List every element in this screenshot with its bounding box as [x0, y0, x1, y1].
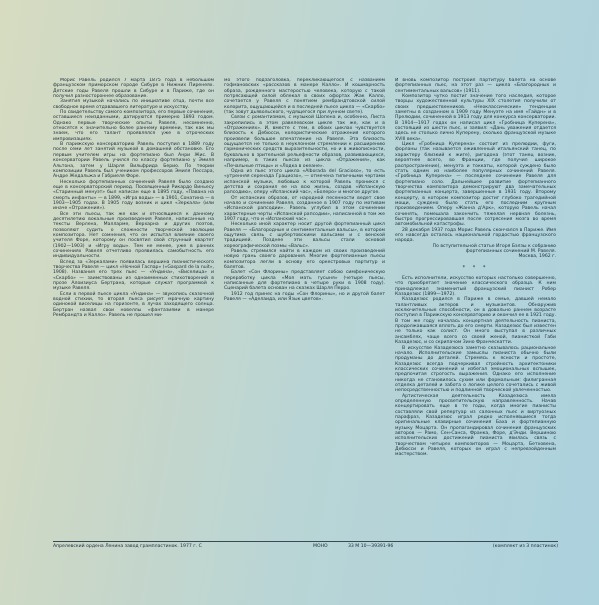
paragraph: От испанских образов, от народной песенн…: [224, 196, 385, 223]
source-note: По вступительной статье Игоря Бэлзы к со…: [395, 244, 556, 260]
paragraph: Артистическая деятельность Казадезюса им…: [395, 394, 556, 458]
paragraph: Казадезюс родился в Париже в семье, давш…: [395, 297, 556, 345]
liner-notes-sheet: Морис Равель родился 7 марта 1875 года в…: [53, 78, 558, 458]
paragraph: И вновь композитор построил партитуру ба…: [395, 78, 556, 94]
paragraph: Москва, 1962 г.: [395, 254, 556, 259]
paragraph: Есть исполнители, искусство которых наст…: [395, 276, 556, 297]
format-label: МОНО: [313, 544, 348, 549]
paragraph: По свидетельству самого композитора, его…: [53, 110, 214, 142]
paragraph: Равель стремился найти в каждом из своих…: [224, 249, 385, 270]
paragraph: Морис Равель родился 7 марта 1875 года в…: [53, 78, 214, 99]
text-columns: Морис Равель родился 7 марта 1875 года в…: [53, 78, 558, 458]
paragraph: Одна из пьес этого цикла «Alborada del G…: [224, 169, 385, 196]
paragraph: В искусстве Казадезюса заметно сказывало…: [395, 346, 556, 394]
column-3: И вновь композитор построил партитуру ба…: [395, 78, 556, 458]
paragraph: Несколько фортепианных сочинений Равеля …: [53, 180, 214, 212]
catalog-number: 33 М 10—39391-96: [348, 544, 458, 549]
paragraph: Занятия музыкой начались по инициативе о…: [53, 99, 214, 110]
publisher-line: Апрелевский ордена Ленина завод грамплас…: [53, 544, 313, 549]
paragraph: Цикл «Гробница Куперена» состоит из прел…: [395, 142, 556, 228]
column-1: Морис Равель родился 7 марта 1875 года в…: [53, 78, 214, 318]
footer: Апрелевский ордена Ленина завод грамплас…: [53, 544, 558, 549]
paragraph: 28 декабря 1937 года Морис Равель сконча…: [395, 228, 556, 244]
paragraph: Все эти пьесы, так же как и относящиеся …: [53, 212, 214, 260]
paragraph: Вслед за «Зеркалами» появилась вершина п…: [53, 260, 214, 292]
paragraph: Композитор чутко постиг значение того на…: [395, 94, 556, 142]
paragraph: Балет «Сон Флорины» представляет собою с…: [224, 270, 385, 291]
set-note: (комплект из 3 пластинок): [458, 544, 558, 549]
paragraph: мо этого подзаголовка, перекликающегося …: [224, 78, 385, 115]
paragraph: Связи с романтизмом, с музыкой Шопена и,…: [224, 115, 385, 168]
paragraph: В парижскую консерваторию Равель поступи…: [53, 142, 214, 179]
paragraph: Несколько иной характер носит другой фор…: [224, 222, 385, 249]
column-2: мо этого подзаголовка, перекликающегося …: [224, 78, 385, 302]
paragraph: 1912 год принес на годы «Сон Флорины», н…: [224, 292, 385, 303]
section-separator: * * *: [395, 266, 556, 271]
paragraph: По вступительной статье Игоря Бэлзы к со…: [395, 244, 556, 255]
footer-divider: [53, 541, 558, 542]
paragraph: Если в первой пьесе цикла «Ундина» — зву…: [53, 292, 214, 319]
